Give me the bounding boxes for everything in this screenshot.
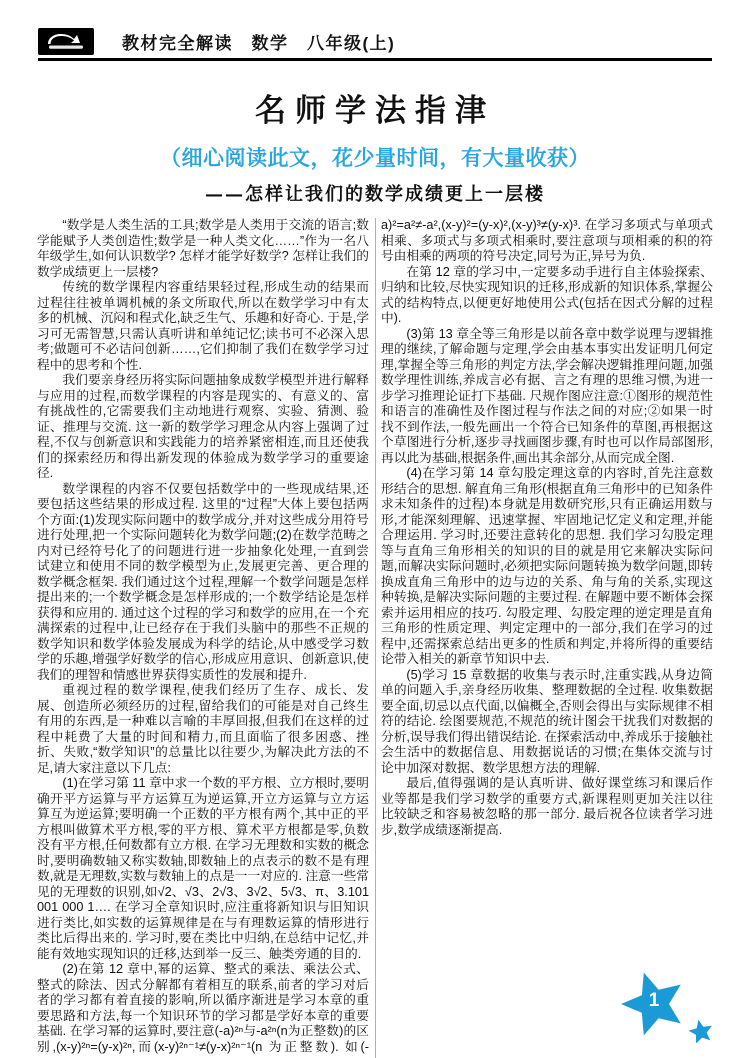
subtitle: （细心阅读此文，花少量时间，有大量收获） xyxy=(0,142,750,172)
page-header: 教材完全解读 数学 八年级(上) xyxy=(0,0,750,55)
page-number-star: 1 xyxy=(608,966,726,1058)
page-title: 名师学法指津 xyxy=(0,85,750,130)
publisher-logo-glyph xyxy=(44,31,88,52)
body-paragraph: (1)在学习第 11 章中求一个数的平方根、立方根时,要明确开平方运算与平方运算… xyxy=(37,776,369,962)
body-paragraph: 我们要亲身经历将实际问题抽象成数学模型并进行解释与应用的过程,而数学课程的内容是… xyxy=(37,373,369,482)
body-paragraph: 重视过程的数学课程,使我们经历了生存、成长、发展、创造所必须经历的过程,留给我们… xyxy=(37,683,369,776)
header-divider xyxy=(38,58,712,61)
body-paragraph: (5)学习 15 章数据的收集与表示时,注重实践,从身边简单的问题入手,亲身经历… xyxy=(381,668,713,777)
textbook-page: 教材完全解读 数学 八年级(上) 名师学法指津 （细心阅读此文，花少量时间，有大… xyxy=(0,0,750,1058)
body-paragraph: (3)第 13 章全等三角形是以前各章中数学说理与逻辑推理的继续,了解命题与定理… xyxy=(381,327,713,467)
publisher-logo-icon xyxy=(38,28,94,55)
body-paragraph: 最后,值得强调的是认真听讲、做好课堂练习和课后作业等都是我们学习数学的重要方式,… xyxy=(381,776,713,838)
star-icon xyxy=(608,966,726,1058)
column-divider xyxy=(375,218,376,1058)
body-paragraph: 在第 12 章的学习中,一定要多动手进行自主体验探索、归纳和比较,尽快实现知识的… xyxy=(381,265,713,327)
header-title: 教材完全解读 数学 八年级(上) xyxy=(122,29,395,54)
body-paragraph: (4)在学习第 14 章勾股定理这章的内容时,首先注意数形结合的思想. 解直角三… xyxy=(381,466,713,668)
page-number: 1 xyxy=(639,990,669,1012)
article-columns: “数学是人类生活的工具;数学是人类用于交流的语言;数学能赋予人类创造性;数学是一… xyxy=(37,218,713,1058)
tagline: ——怎样让我们的数学成绩更上一层楼 xyxy=(0,180,750,206)
body-paragraph: 数学课程的内容不仅要包括数学中的一些现成结果,还要包括这些结果的形成过程. 这里… xyxy=(37,482,369,684)
body-paragraph: “数学是人类生活的工具;数学是人类用于交流的语言;数学能赋予人类创造性;数学是一… xyxy=(37,218,369,280)
title-block: 名师学法指津 （细心阅读此文，花少量时间，有大量收获） ——怎样让我们的数学成绩… xyxy=(0,85,750,206)
body-paragraph: 传统的数学课程内容重结果轻过程,形成生动的结果而过程往往被单调机械的条文所取代,… xyxy=(37,280,369,373)
